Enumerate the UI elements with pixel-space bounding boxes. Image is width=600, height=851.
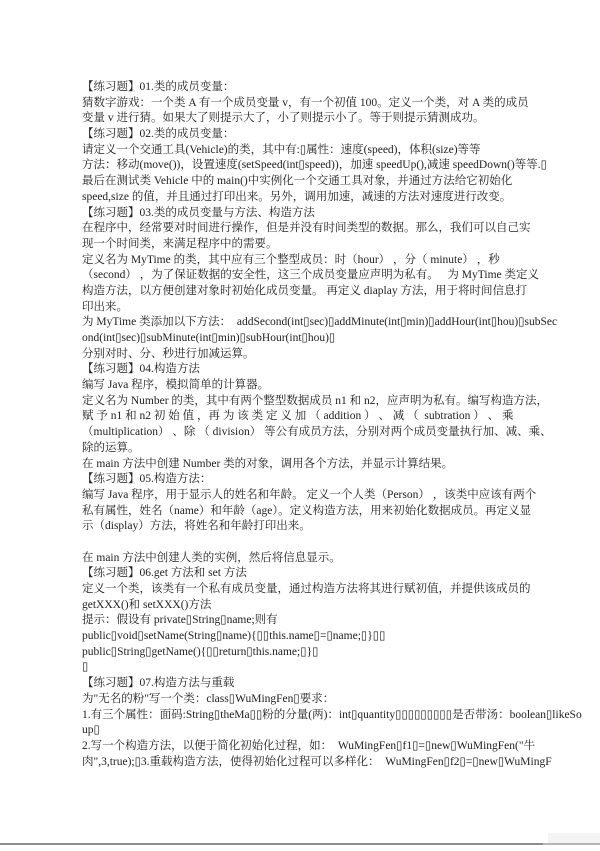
- text-line: 定义名为 Number 的类，其中有两个整型数据成员 n1 和 n2，应声明为私…: [82, 394, 552, 410]
- page-corner-smudge: [548, 833, 600, 843]
- document-text: 【练习题】01.类的成员变量：猜数字游戏：一个类 A 有一个成员变量 v，有一个…: [82, 80, 552, 770]
- text-line: public▯void▯setName(String▯name){▯▯this.…: [82, 629, 552, 645]
- exercise-heading-line: 【练习题】03.类的成员变量与方法、构造方法: [82, 206, 552, 222]
- text-line: （multiplication） 、除 （ division） 等公有成员方法，…: [82, 425, 552, 441]
- text-line: 私有属性，姓名（name）和年龄（age）。定义构造方法，用来初始化数据成员。再…: [82, 504, 552, 520]
- page-bottom-edge: [0, 843, 600, 845]
- exercise-heading-line: 【练习题】07.构造方法与重载: [82, 676, 552, 692]
- text-line: up▯: [82, 723, 552, 739]
- text-line: （second） ，为了保证数据的安全性，这三个成员变量应声明为私有。 为 My…: [82, 268, 552, 284]
- text-line: 2.写一个构造方法，以便于简化初始化过程，如： WuMingFen▯f1▯=▯n…: [82, 739, 552, 755]
- exercise-heading-line: 【练习题】05.构造方法：: [82, 472, 552, 488]
- text-line: ▯: [82, 660, 552, 676]
- text-line: 构造方法，以方便创建对象时初始化成员变量。 再定义 diaplay 方法，用于将…: [82, 284, 552, 300]
- text-line: 定义名为 MyTime 的类，其中应有三个整型成员：时（hour） ，分（ mi…: [82, 253, 552, 269]
- text-line: ond(int▯sec)▯subMinute(int▯min)▯subHour(…: [82, 331, 552, 347]
- text-line: 现一个时间类，来满足程序中的需要。: [82, 237, 552, 253]
- text-line: 请定义一个交通工具(Vehicle)的类，其中有:▯属性：速度(speed)，体…: [82, 143, 552, 159]
- text-line: 示（display）方法，将姓名和年龄打印出来。: [82, 519, 552, 535]
- exercise-heading-line: 【练习题】04.构造方法: [82, 362, 552, 378]
- document-page: 【练习题】01.类的成员变量：猜数字游戏：一个类 A 有一个成员变量 v，有一个…: [0, 0, 600, 851]
- text-line: 方法：移动(move())，设置速度(setSpeed(int▯speed))，…: [82, 158, 552, 174]
- page-bottom-edge-right: [543, 843, 600, 845]
- text-line: getXXX()和 setXXX()方法: [82, 598, 552, 614]
- text-line: 印出来。: [82, 300, 552, 316]
- text-line: 赋 予 n1 和 n2 初 始 值 ，再 为 该 类 定 义 加 （ addit…: [82, 409, 552, 425]
- exercise-heading-line: 【练习题】06.get 方法和 set 方法: [82, 566, 552, 582]
- text-line: 在 main 方法中创建人类的实例，然后将信息显示。: [82, 551, 552, 567]
- text-line: 编写 Java 程序，用于显示人的姓名和年龄。 定义一个人类（Person） ，…: [82, 488, 552, 504]
- text-line: 为 MyTime 类添加以下方法： addSecond(int▯sec)▯add…: [82, 315, 552, 331]
- exercise-heading-line: 【练习题】02.类的成员变量：: [82, 127, 552, 143]
- text-line: 最后在测试类 Vehicle 中的 main()中实例化一个交通工具对象，并通过…: [82, 174, 552, 190]
- text-line: 提示：假设有 private▯String▯name;则有: [82, 613, 552, 629]
- text-line: 为"无名的粉"写一个类：class▯WuMingFen▯要求：: [82, 692, 552, 708]
- text-line: 除的运算。: [82, 441, 552, 457]
- text-line: 猜数字游戏：一个类 A 有一个成员变量 v，有一个初值 100。定义一个类，对 …: [82, 96, 552, 112]
- text-line: public▯String▯getName(){▯▯return▯this.na…: [82, 645, 552, 661]
- text-line: 肉",3,true);▯3.重载构造方法，使得初始化过程可以多样化： WuMin…: [82, 755, 552, 771]
- blank-line: [82, 535, 552, 551]
- text-line: 定义一个类，该类有一个私有成员变量，通过构造方法将其进行赋初值，并提供该成员的: [82, 582, 552, 598]
- text-line: 变量 v 进行猜。如果大了则提示大了，小了则提示小了。等于则提示猜测成功。: [82, 111, 552, 127]
- exercise-heading-line: 【练习题】01.类的成员变量：: [82, 80, 552, 96]
- text-line: 编写 Java 程序，模拟简单的计算器。: [82, 378, 552, 394]
- text-line: 1.有三个属性：面码:String▯theMa▯▯粉的分量(两)：int▯qua…: [82, 708, 552, 724]
- text-line: speed,size 的值，并且通过打印出来。另外，调用加速，减速的方法对速度进…: [82, 190, 552, 206]
- text-line: 分别对时、分、秒进行加减运算。: [82, 347, 552, 363]
- text-line: 在 main 方法中创建 Number 类的对象，调用各个方法，并显示计算结果。: [82, 457, 552, 473]
- text-line: 在程序中，经常要对时间进行操作，但是并没有时间类型的数据。那么，我们可以自己实: [82, 221, 552, 237]
